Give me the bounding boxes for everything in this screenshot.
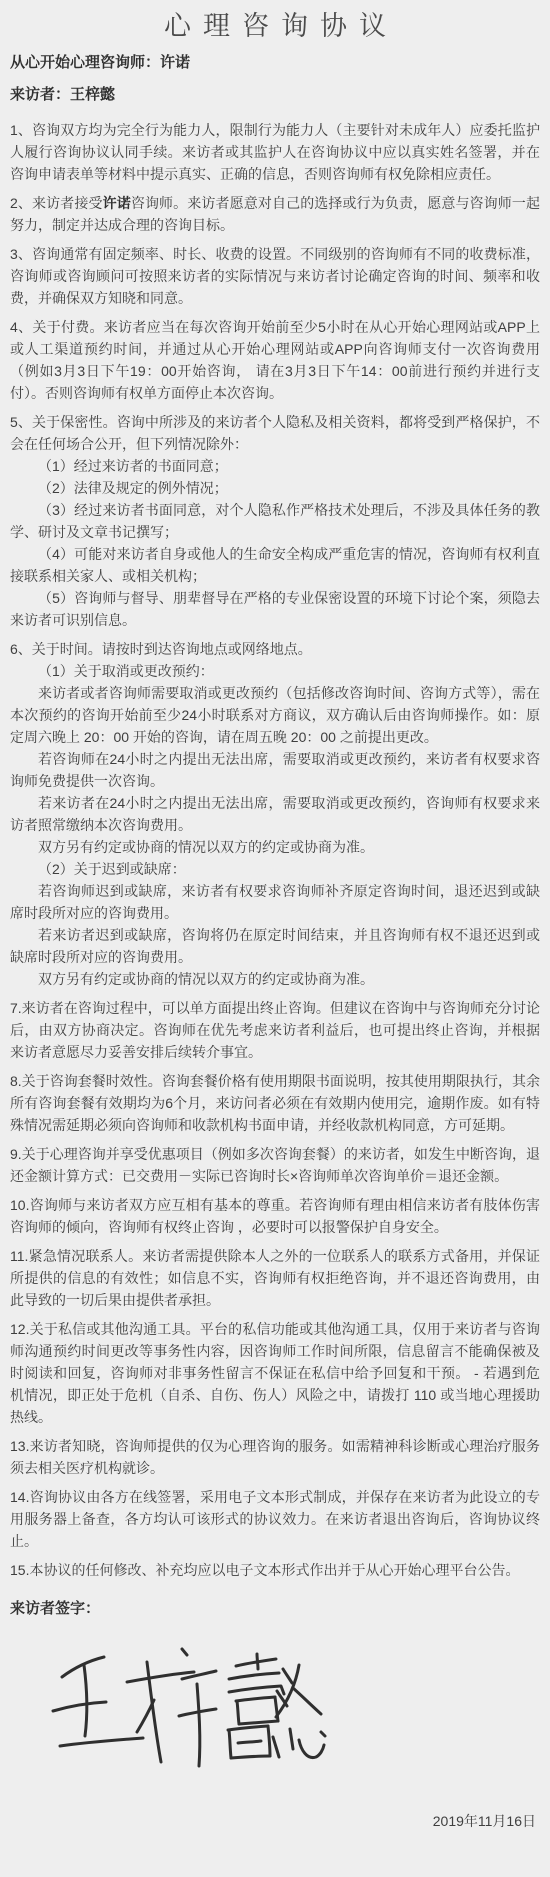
- term-6-item: 来访者或者咨询师需要取消或更改预约（包括修改咨询时间、咨询方式等），需在本次预约…: [10, 682, 540, 748]
- term-paragraph-7: 7.来访者在咨询过程中，可以单方面提出终止咨询。但建议在咨询中与咨询师充分讨论后…: [10, 997, 540, 1063]
- term-paragraph-15: 15.本协议的任何修改、补充均应以电子文本形式作出并于从心开始心理平台公告。: [10, 1559, 540, 1581]
- term-paragraph-4: 4、关于付费。来访者应当在每次咨询开始前至少5小时在从心开始心理网站或APP上或…: [10, 316, 540, 404]
- term-paragraph-5: 5、关于保密性。咨询中所涉及的来访者个人隐私及相关资料，都将受到严格保护，不会在…: [10, 411, 540, 455]
- page-title: 心理咨询协议: [10, 9, 540, 43]
- term-6-item: 若咨询师在24小时之内提出无法出席，需要取消或更改预约，来访者有权要求咨询师免费…: [10, 748, 540, 792]
- term-section-5: 5、关于保密性。咨询中所涉及的来访者个人隐私及相关资料，都将受到严格保护，不会在…: [10, 411, 540, 631]
- term-paragraph-3: 3、咨询通常有固定频率、时长、收费的设置。不同级别的咨询师有不同的收费标准，咨询…: [10, 243, 540, 309]
- signature-svg: [40, 1633, 340, 1783]
- agreement-date: 2019年11月16日: [10, 1811, 540, 1831]
- term-5-item: （2）法律及规定的例外情况；: [10, 477, 540, 499]
- agreement-document: 心理咨询协议 从心开始心理咨询师：许诺 来访者：王梓懿 1、咨询双方均为完全行为…: [0, 9, 550, 1877]
- term-paragraph-12: 12.关于私信或其他沟通工具。平台的私信功能或其他沟通工具，仅用于来访者与咨询师…: [10, 1318, 540, 1428]
- term-paragraph-1: 1、咨询双方均为完全行为能力人，限制行为能力人（主要针对未成年人）应委托监护人履…: [10, 119, 540, 185]
- term-2-prefix: 2、来访者接受: [10, 195, 103, 211]
- term-6-item: 若来访者迟到或缺席，咨询将仍在原定时间结束，并且咨询师有权不退还迟到或缺席时段所…: [10, 924, 540, 968]
- term-paragraph-2: 2、来访者接受许诺咨询师。来访者愿意对自己的选择或行为负责，愿意与咨询师一起努力…: [10, 192, 540, 236]
- term-paragraph-6: 6、关于时间。请按时到达咨询地点或网络地点。: [10, 638, 540, 660]
- term-paragraph-8: 8.关于咨询套餐时效性。咨询套餐价格有使用期限书面说明，按其使用期限执行，其余所…: [10, 1070, 540, 1136]
- term-6-item: （2）关于迟到或缺席：: [10, 858, 540, 880]
- term-paragraph-13: 13.来访者知晓，咨询师提供的仅为心理咨询的服务。如需精神科诊断或心理治疗服务须…: [10, 1435, 540, 1479]
- term-6-item: （1）关于取消或更改预约：: [10, 660, 540, 682]
- term-6-item: 双方另有约定或协商的情况以双方的约定或协商为准。: [10, 836, 540, 858]
- visitor-line: 来访者：王梓懿: [10, 85, 540, 105]
- term-5-item: （4）可能对来访者自身或他人的生命安全构成严重危害的情况，咨询师有权利直接联系相…: [10, 543, 540, 587]
- term-paragraph-11: 11.紧急情况联系人。来访者需提供除本人之外的一位联系人的联系方式备用，并保证所…: [10, 1245, 540, 1311]
- term-5-item: （3）经过来访者书面同意，对个人隐私作严格技术处理后，不涉及具体任务的教学、研讨…: [10, 499, 540, 543]
- term-section-6: 6、关于时间。请按时到达咨询地点或网络地点。 （1）关于取消或更改预约： 来访者…: [10, 638, 540, 990]
- bottom-spacer: [10, 1831, 540, 1877]
- handwritten-signature: [40, 1633, 340, 1783]
- term-5-item: （5）咨询师与督导、朋辈督导在严格的专业保密设置的环境下讨论个案，须隐去来访者可…: [10, 587, 540, 631]
- term-6-item: 双方另有约定或协商的情况以双方的约定或协商为准。: [10, 968, 540, 990]
- term-paragraph-14: 14.咨询协议由各方在线签署，采用电子文本形式制成，并保存在来访者为此设立的专用…: [10, 1486, 540, 1552]
- term-6-item: 若来访者在24小时之内提出无法出席，需要取消或更改预约，咨询师有权要求来访者照常…: [10, 792, 540, 836]
- term-5-item: （1）经过来访者的书面同意；: [10, 455, 540, 477]
- term-paragraph-9: 9.关于心理咨询并享受优惠项目（例如多次咨询套餐）的来访者，如发生中断咨询，退还…: [10, 1143, 540, 1187]
- terms-body: 1、咨询双方均为完全行为能力人，限制行为能力人（主要针对未成年人）应委托监护人履…: [10, 119, 540, 1581]
- term-6-item: 若咨询师迟到或缺席，来访者有权要求咨询师补齐原定咨询时间，退还迟到或缺席时段所对…: [10, 880, 540, 924]
- counselor-name-bold: 许诺: [103, 195, 131, 211]
- signature-label: 来访者签字：: [10, 1599, 540, 1619]
- counselor-line: 从心开始心理咨询师：许诺: [10, 53, 540, 73]
- term-paragraph-10: 10.咨询师与来访者双方应互相有基本的尊重。若咨询师有理由相信来访者有肢体伤害咨…: [10, 1194, 540, 1238]
